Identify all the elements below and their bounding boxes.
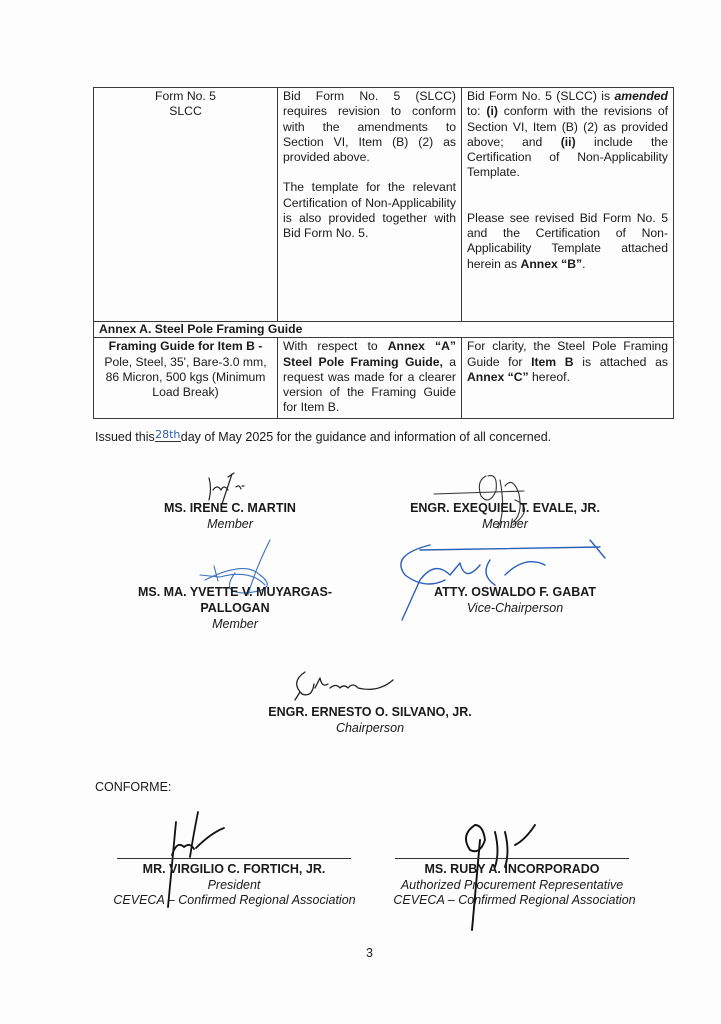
response-cell: For clarity, the Steel Pole Framing Guid… (462, 338, 674, 418)
page-number: 3 (366, 946, 373, 960)
table-row: Framing Guide for Item B - Pole, Steel, … (94, 338, 674, 418)
handwritten-day: 28th (155, 428, 181, 442)
issue-cell: Bid Form No. 5 (SLCC) requires revision … (278, 88, 462, 322)
item-cell: Form No. 5 SLCC (94, 88, 278, 322)
issued-statement: Issued this28thday of May 2025 for the g… (95, 430, 551, 445)
response-paragraph: Please see revised Bid Form No. 5 and th… (467, 211, 668, 272)
conforme-fortich-org: CEVECA – Confirmed Regional Association (92, 892, 377, 908)
item-description: Pole, Steel, 35', Bare-3.0 mm, 86 Micron… (99, 355, 272, 401)
signatory-evale: ENGR. EXEQUIEL T. EVALE, JR. Member (380, 500, 630, 532)
signatory-muyargas: MS. MA. YVETTE V. MUYARGAS- PALLOGAN Mem… (105, 584, 365, 632)
issue-paragraph: The template for the relevant Certificat… (283, 180, 456, 241)
conforme-label: CONFORME: (95, 780, 171, 794)
amendment-table: Form No. 5 SLCC Bid Form No. 5 (SLCC) re… (93, 87, 674, 419)
signatory-gabat: ATTY. OSWALDO F. GABAT Vice-Chairperson (400, 584, 630, 616)
conforme-fortich: MR. VIRGILIO C. FORTICH, JR. President (117, 858, 351, 893)
issue-cell: With respect to Annex “A” Steel Pole Fra… (278, 338, 462, 418)
table-row: Form No. 5 SLCC Bid Form No. 5 (SLCC) re… (94, 88, 674, 322)
signatory-silvano: ENGR. ERNESTO O. SILVANO, JR. Chairperso… (220, 704, 520, 736)
response-cell: Bid Form No. 5 (SLCC) is amended to: (i)… (462, 88, 674, 322)
document-page: Form No. 5 SLCC Bid Form No. 5 (SLCC) re… (0, 0, 721, 1024)
issue-paragraph: Bid Form No. 5 (SLCC) requires revision … (283, 89, 456, 165)
item-line: SLCC (99, 104, 272, 119)
item-cell: Framing Guide for Item B - Pole, Steel, … (94, 338, 278, 418)
item-line: Form No. 5 (99, 89, 272, 104)
section-header: Annex A. Steel Pole Framing Guide (94, 322, 674, 338)
signatory-martin: MS. IRENE C. MARTIN Member (130, 500, 330, 532)
conforme-incorporado-org: CEVECA – Confirmed Regional Association (372, 892, 657, 908)
conforme-incorporado: MS. RUBY A. INCORPORADO Authorized Procu… (395, 858, 629, 893)
section-header-row: Annex A. Steel Pole Framing Guide (94, 322, 674, 338)
response-paragraph: Bid Form No. 5 (SLCC) is amended to: (i)… (467, 89, 668, 181)
